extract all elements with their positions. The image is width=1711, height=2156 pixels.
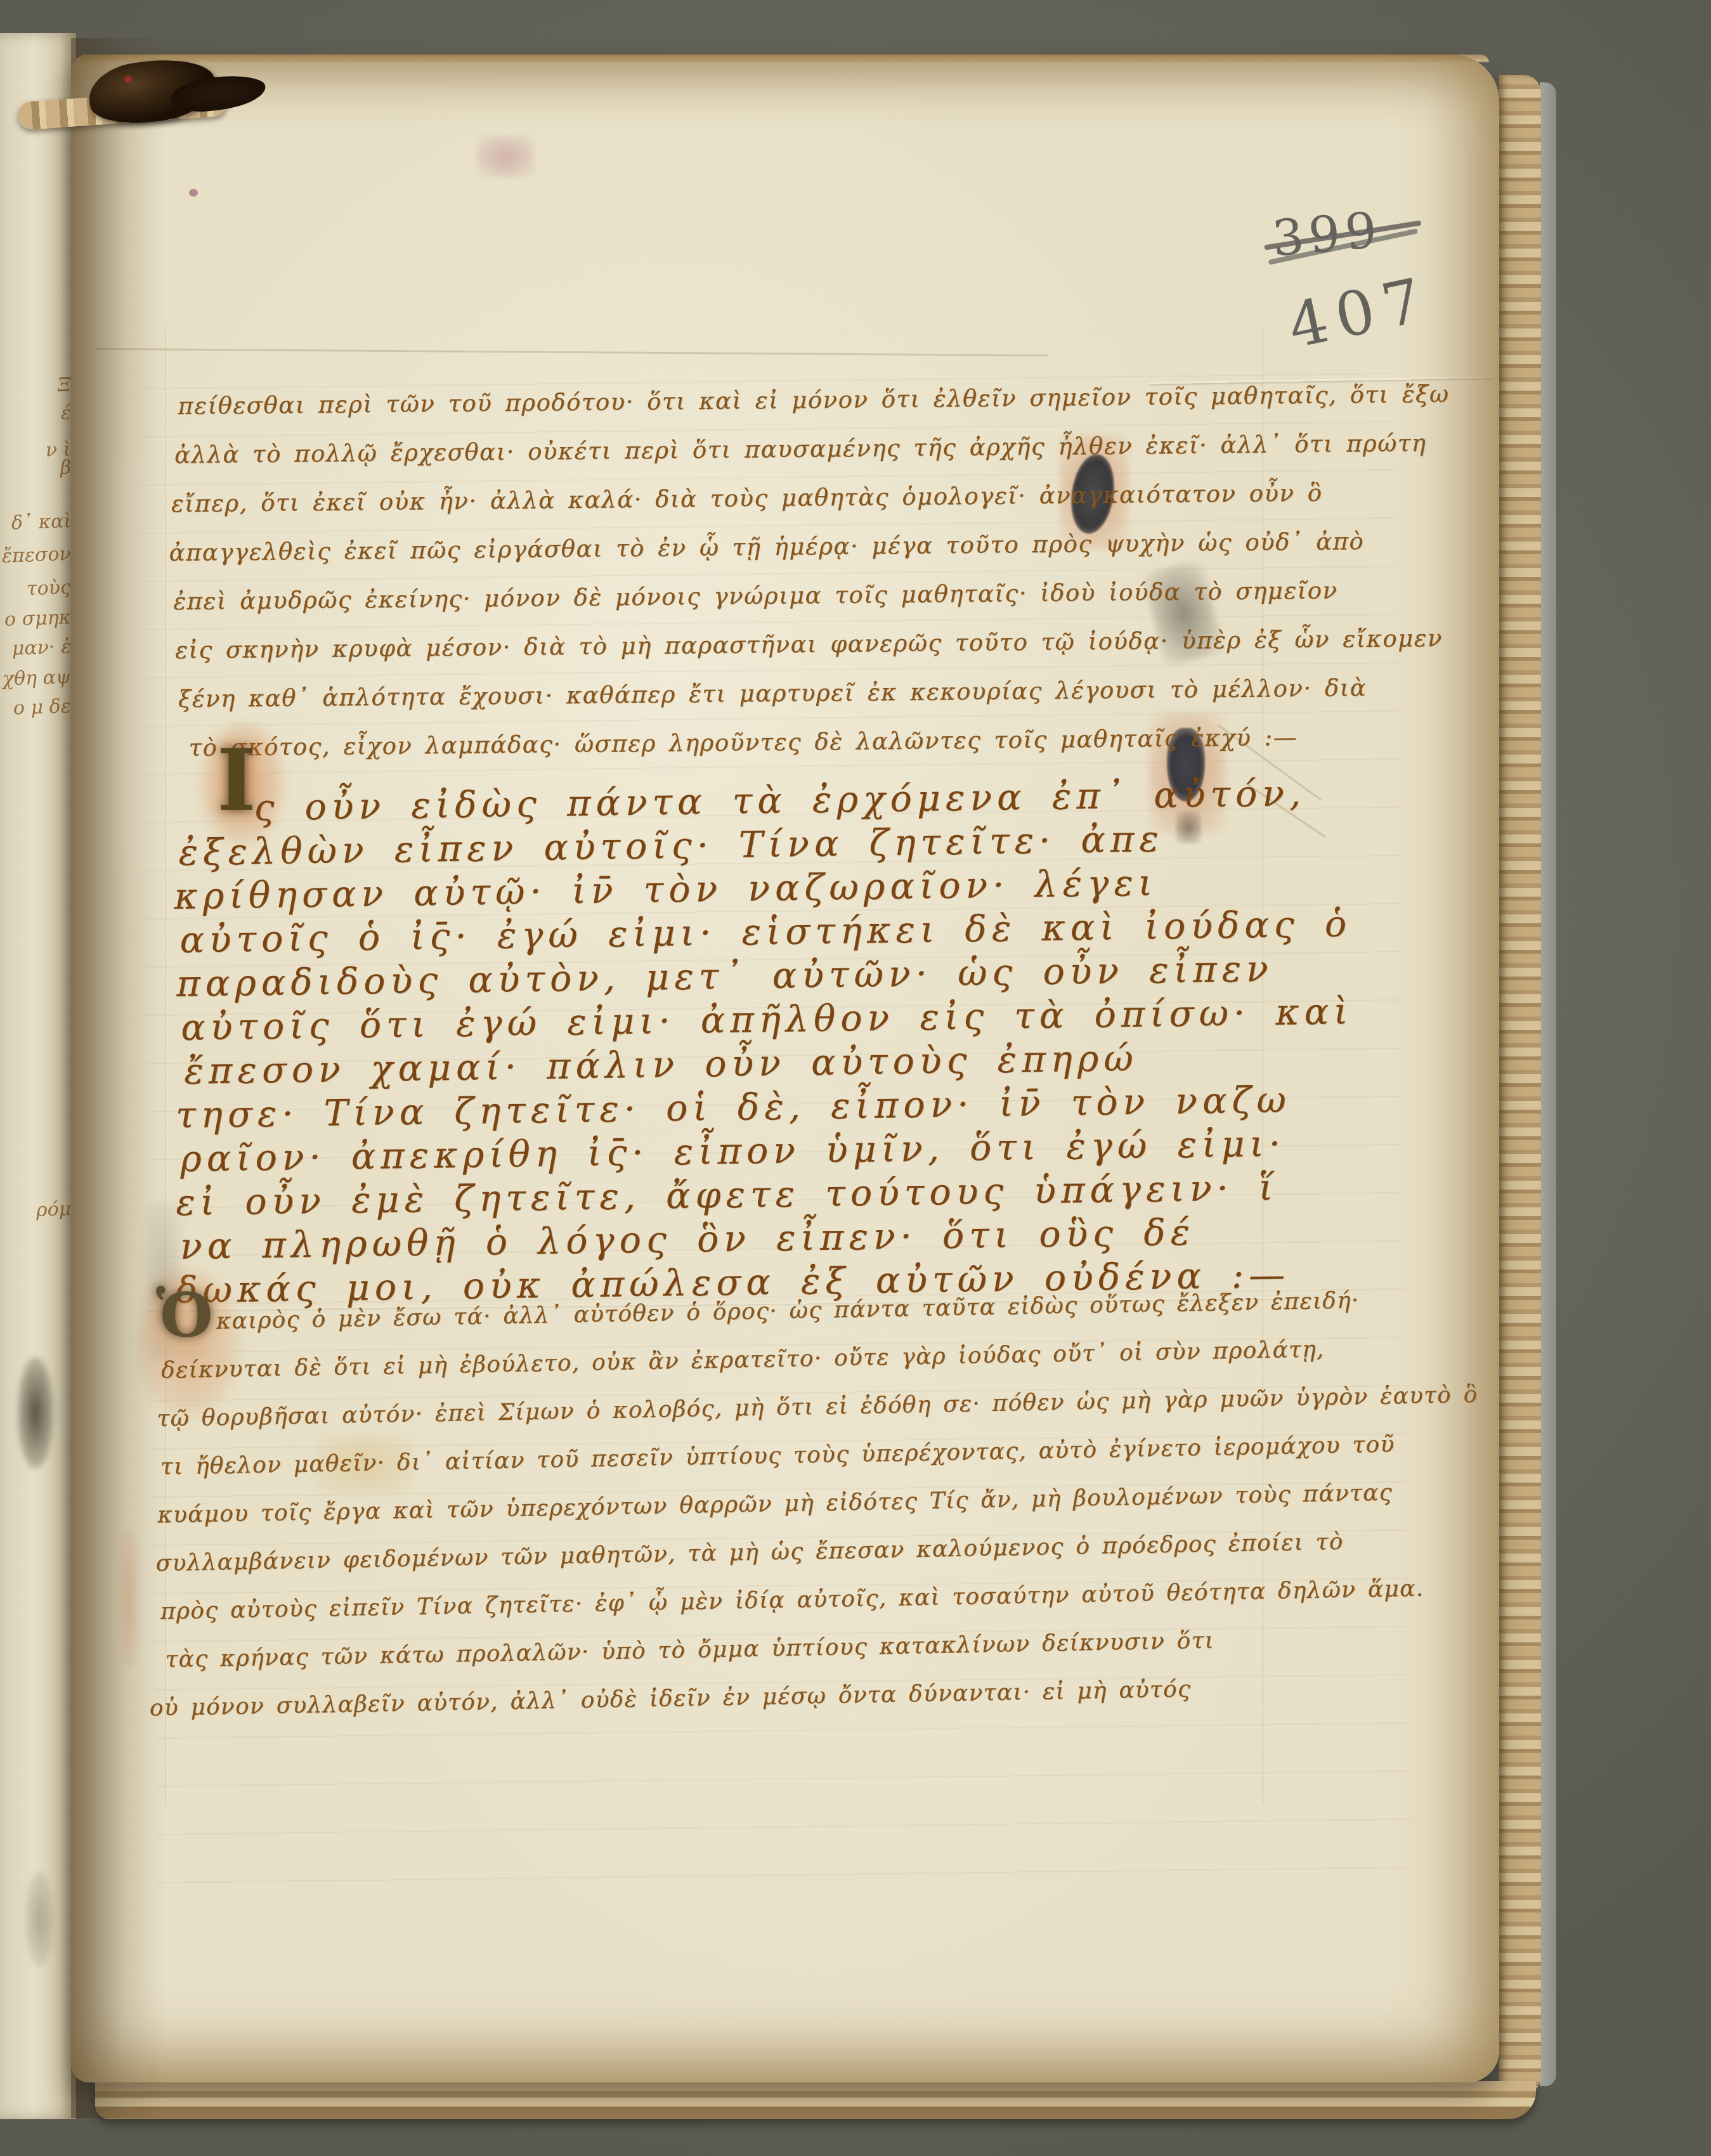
- purple-dot: [189, 189, 198, 197]
- stacked-page-edges-bottom: [95, 2081, 1536, 2119]
- gutter-text-fragment: ο μ δε: [13, 695, 72, 719]
- crease: [96, 348, 1048, 356]
- felt-edge: [1540, 82, 1556, 2086]
- gutter-text-fragment: Ξ: [57, 374, 71, 397]
- pink-streak: [119, 1532, 138, 1665]
- gutter-text-fragment: δ᾿ καὶ: [11, 510, 71, 534]
- gutter-ink-blot: [18, 1357, 53, 1469]
- gutter-text-fragment: ρόμ: [36, 1198, 71, 1221]
- commentary-bottom-block: καιρὸς ὁ μὲν ἔσω τά· ἀλλ᾿ αὐτόθεν ὁ ὅρος…: [160, 1278, 1284, 1732]
- folio-number-new: 407: [1282, 263, 1437, 362]
- text-line: τὸ σκότος, εἶχον λαμπάδας· ὥσπερ ληροῦντ…: [188, 713, 1234, 772]
- page-top-edge: [81, 55, 1489, 63]
- lemma-block: ς οὖν εἰδὼς πάντα τὰ ἐρχόμενα ἐπ᾿ αὐτόν,…: [178, 774, 1199, 1313]
- gutter-text-fragment: χθη αψ: [3, 666, 72, 691]
- commentary-top-block: πείθεσθαι περὶ τῶν τοῦ προδότου· ὅτι καὶ…: [178, 372, 1234, 772]
- red-speck: [124, 76, 132, 82]
- manuscript-photo: Ξ έ ν ὶ β δ᾿ καὶ ἔπεσον τοὺς ο σμηκ μαν·…: [0, 0, 1711, 2156]
- gutter-text-fragment: τοὺς: [27, 576, 72, 600]
- gutter-text-fragment: ο σμηκ: [4, 606, 71, 631]
- gutter-text-fragment: ἔπεσον: [2, 543, 72, 568]
- pencil-foliation: 399 407: [1270, 198, 1434, 355]
- stacked-page-edges-right: [1499, 75, 1541, 2095]
- gutter-text-fragment: έ: [60, 402, 71, 425]
- gutter-stain: [25, 1872, 53, 1967]
- gutter-text-fragment: μαν· ἐ: [11, 635, 71, 659]
- facing-page-edge: Ξ έ ν ὶ β δ᾿ καὶ ἔπεσον τοὺς ο σμηκ μαν·…: [0, 33, 76, 2119]
- parchment-page: 399 407 πείθεσθαι περὶ τῶν τοῦ προδότου·…: [71, 55, 1499, 2082]
- purple-stain: [477, 136, 534, 178]
- gutter-text-fragment: β: [60, 457, 72, 479]
